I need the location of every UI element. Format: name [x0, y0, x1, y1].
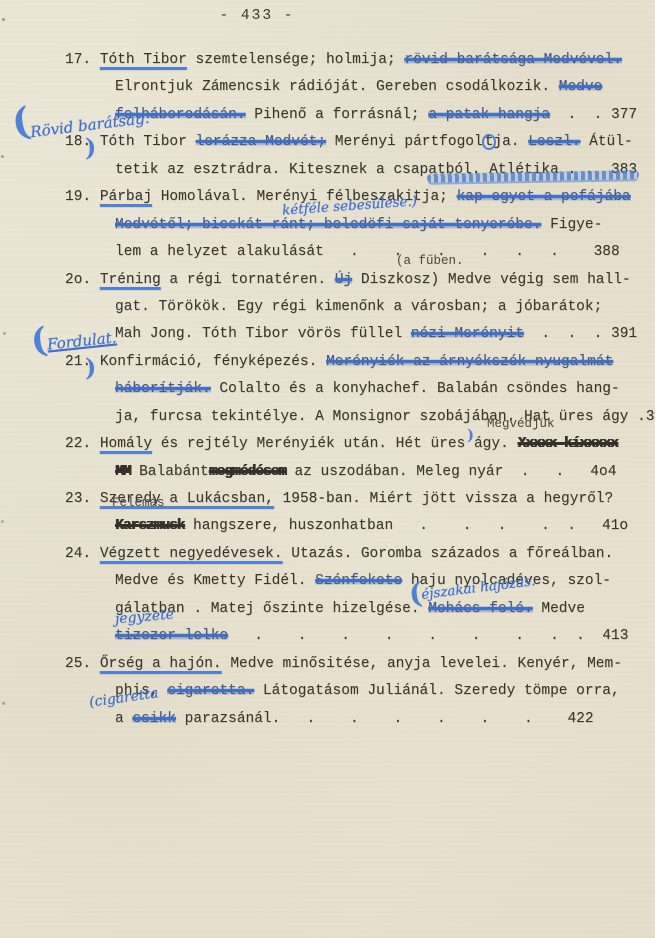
struck-text: kap egyet a pofájába — [457, 189, 631, 205]
ink-bracket: ( — [29, 323, 50, 359]
toc-line: 17. Tóth Tibor szemtelensége; holmija; r… — [65, 47, 655, 74]
typed-text: Colalto és a konyhachef. Balabán csöndes… — [211, 381, 620, 397]
typed-insertion: Felemás — [112, 496, 165, 510]
typed-text: Diszkosz) Medve végig sem hall- — [352, 272, 630, 288]
entry-number: 23. — [65, 491, 100, 507]
toc-line: Elrontjuk Zámencsik rádióját. Gereben cs… — [65, 74, 655, 101]
typed-text: ja. — [493, 134, 528, 150]
entry-number: 25. — [65, 656, 100, 672]
toc-line: Medve és Kmetty Fidél. Szénfekete haju n… — [65, 568, 655, 595]
typed-insertion: (a fűben. — [396, 254, 464, 268]
struck-text: tizezer lelke — [115, 628, 228, 644]
struck-text: Merényiék az árnyékszék nyugalmát — [326, 354, 613, 370]
overtyped-text: MM — [115, 464, 130, 480]
toc-line: háborítják. Colalto és a konyhachef. Bal… — [65, 376, 655, 403]
toc-line: 25. Őrség a hajón. Medve minősitése, any… — [65, 651, 655, 678]
toc-line: felháborodásán. Pihenő a forrásnál; a pa… — [65, 102, 655, 129]
struck-text: csikk — [132, 711, 176, 727]
typed-text: parazsánál. . . . . . . 422 — [176, 711, 594, 727]
struck-text: háborítják. — [115, 381, 211, 397]
typed-text: . . . 391 — [524, 326, 637, 342]
scanned-page: - 433 - 17. Tóth Tibor szemtelensége; ho… — [0, 0, 655, 938]
ink-bracket: ) — [85, 356, 96, 380]
struck-text: rövid barátsága Medvével. — [404, 52, 622, 68]
typed-text: gat. Törökök. Egy régi kimenőnk a városb… — [115, 299, 602, 315]
toc-line: Karszmusk hangszere, huszonhatban . . . … — [65, 513, 655, 540]
overtyped-text: megmédésem — [209, 464, 286, 480]
toc-line: 2o. Tréning a régi tornatéren. Új Diszko… — [65, 267, 655, 294]
typed-text: Figye- — [541, 217, 602, 233]
typed-text: ja, furcsa tekintélye. A Monsignor szobá… — [115, 409, 655, 425]
typed-text: Átül- — [580, 134, 632, 150]
ink-bracket: ) — [85, 136, 96, 160]
toc-line: tizezer lelke . . . . . . . . . 413 — [65, 623, 655, 650]
toc-line: MM Balabántmegmédésem az uszodában. Mele… — [65, 459, 655, 486]
typed-text: a — [115, 711, 132, 727]
typed-text: Medve — [533, 601, 585, 617]
toc-line: 18. Tóth Tibor lerázza Medvét; Merényi p… — [65, 129, 655, 156]
struck-text: cigaretta. — [167, 683, 254, 699]
struck-text: Új — [335, 272, 352, 288]
typed-text: Látogatásom Juliánál. Szeredy tömpe orra… — [254, 683, 619, 699]
typed-text: Tóth Tibor — [100, 134, 196, 150]
ink-bracket: ( — [9, 102, 33, 143]
toc-line: lem a helyzet alakulását . . . . . . 388 — [65, 239, 655, 266]
struck-text: Leszl. — [528, 134, 580, 150]
typed-text: Merényi pártfogol — [326, 134, 483, 150]
struck-text: lerázza Medvét; — [196, 134, 327, 150]
toc-line: Medvétől; bicskát ránt; beledöfi saját t… — [65, 212, 655, 239]
typed-text: az uszodában. Meleg nyár . . 4o4 — [286, 464, 617, 480]
typed-text: Balabánt — [130, 464, 208, 480]
entry-number: 2o. — [65, 272, 100, 288]
typed-text: . . . . . . . . . 413 — [228, 628, 628, 644]
entry-number: 24. — [65, 546, 100, 562]
typed-text: Medve és Kmetty Fidél. — [115, 573, 315, 589]
typed-text: Mah Jong. Tóth Tibor vörös füllel — [115, 326, 411, 342]
struck-text: Medve — [559, 79, 603, 95]
underlined-text: Párbaj — [100, 189, 152, 205]
typed-text: a régi tornatéren. — [161, 272, 335, 288]
underlined-text: Tóth Tibor — [100, 52, 187, 68]
overtyped-text: Karszmusk — [115, 518, 184, 534]
typed-text: Elrontjuk Zámencsik rádióját. Gereben cs… — [115, 79, 559, 95]
typed-text: 1958-ban. Miért jött vissza a hegyről? — [274, 491, 613, 507]
typed-text: Utazás. Goromba százados a főreálban. — [283, 546, 614, 562]
toc-entries: 17. Tóth Tibor szemtelensége; holmija; r… — [65, 47, 655, 733]
typed-insertion: Megvédjük — [487, 417, 555, 431]
struck-text: Szénfekete — [315, 573, 402, 589]
page-number-header: - 433 - — [0, 8, 514, 24]
typed-text: hangszere, huszonhatban . . . . . 41o — [184, 518, 628, 534]
typed-text: . . 377 — [550, 107, 637, 123]
toc-line: ja, furcsa tekintélye. A Monsignor szobá… — [65, 404, 655, 431]
underlined-text: Őrség a hajón. — [100, 656, 222, 672]
underlined-text: Tréning — [100, 272, 161, 288]
struck-text: Mohács felé. — [428, 601, 532, 617]
toc-line: 21. Konfirmáció, fényképezés. Merényiék … — [65, 349, 655, 376]
underlined-text: Homály — [100, 436, 152, 452]
toc-line: gat. Törökök. Egy régi kimenőnk a városb… — [65, 294, 655, 321]
underlined-text: Végzett negyedévesek. — [100, 546, 283, 562]
typed-text: lem a helyzet alakulását . . . . . . 388 — [115, 244, 620, 260]
toc-line: 24. Végzett negyedévesek. Utazás. Goromb… — [65, 541, 655, 568]
entry-number: 22. — [65, 436, 100, 452]
struck-text: a patak hangja — [428, 107, 550, 123]
typed-text: és rejtély Merényiék után. Hét üres ágy. — [152, 436, 517, 452]
toc-line: 22. Homály és rejtély Merényiék után. Hé… — [65, 431, 655, 458]
struck-text: Medvétől; bicskát ránt; beledöfi saját t… — [115, 217, 541, 233]
typed-text: szemtelensége; holmija; — [187, 52, 405, 68]
toc-line: a csikk parazsánál. . . . . . . 422 — [65, 706, 655, 733]
entry-number: 17. — [65, 52, 100, 68]
overtyped-text: Xxxxx kíxxxxx — [518, 436, 618, 452]
typed-text: Pihenő a forrásnál; — [246, 107, 429, 123]
struck-text: nézi Merényit — [411, 326, 524, 342]
ink-bracket: ( — [408, 579, 424, 608]
ink-bracket: ) — [467, 428, 474, 443]
typed-text: Medve minősitése, anyja levelei. Kenyér,… — [222, 656, 622, 672]
toc-line: Mah Jong. Tóth Tibor vörös füllel nézi M… — [65, 321, 655, 348]
typed-text: Konfirmáció, fényképezés. — [100, 354, 326, 370]
entry-number: 19. — [65, 189, 100, 205]
